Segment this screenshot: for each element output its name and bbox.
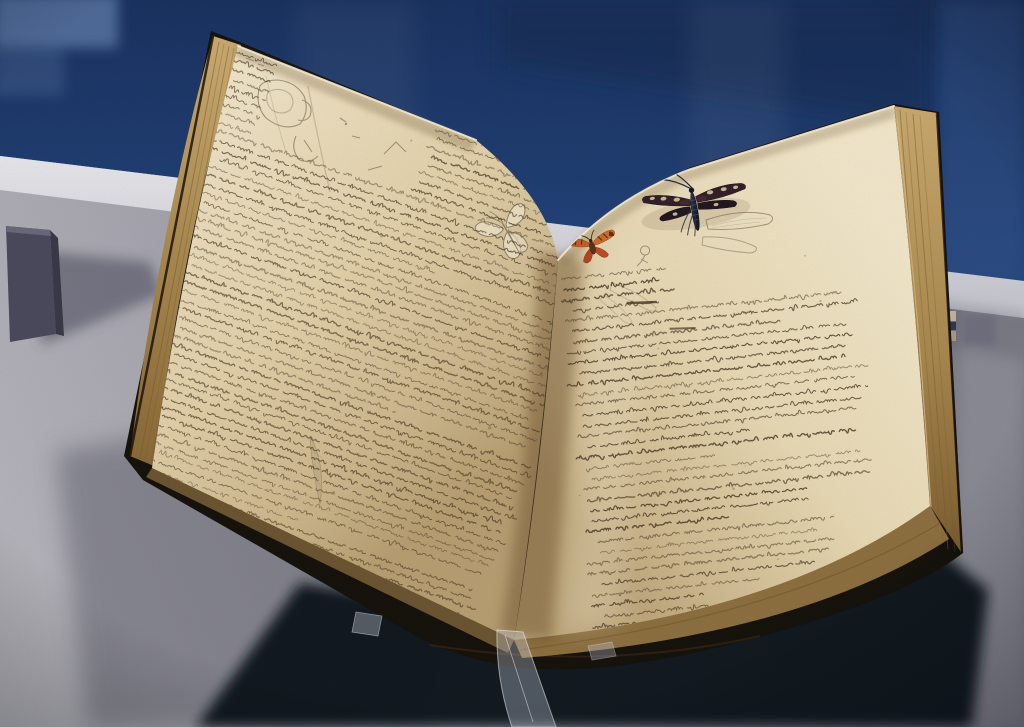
vignette <box>0 0 1024 727</box>
museum-display-photo: Antique open notebook of handwritten nat… <box>0 0 1024 727</box>
